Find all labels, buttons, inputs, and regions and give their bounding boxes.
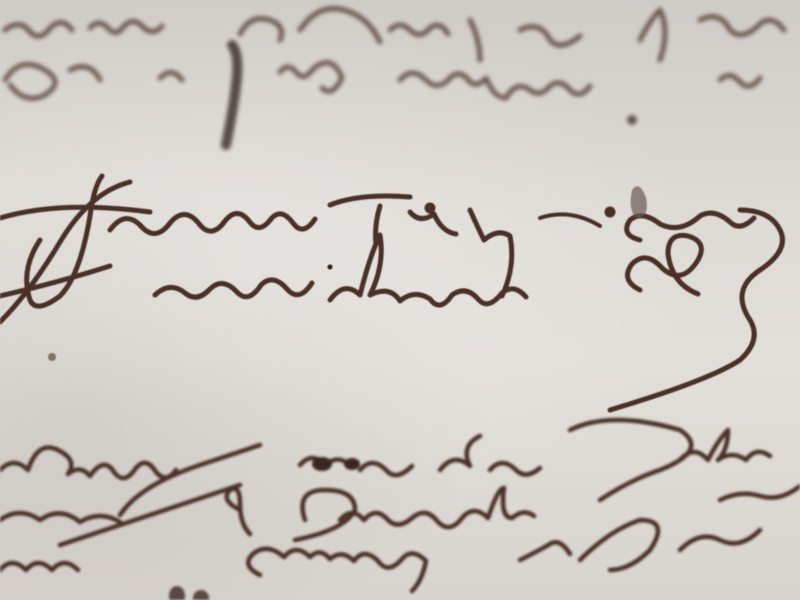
manuscript-photo: Annatiz i dn rnalthadof edricgo ae de Pe… xyxy=(0,0,800,600)
bottom-handwriting xyxy=(0,0,800,600)
